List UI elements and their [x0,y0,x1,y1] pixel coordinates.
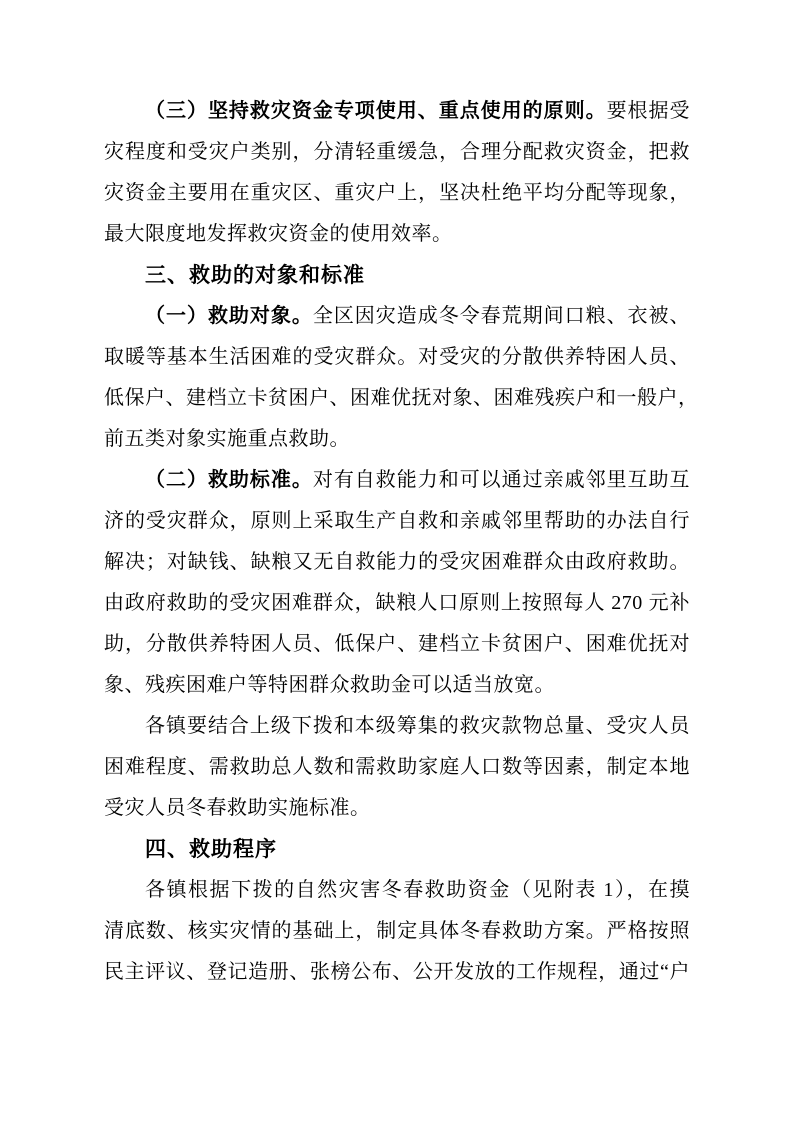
text-line: 取暖等基本生活困难的受灾群众。对受灾的分散供养特困人员、 [104,337,690,378]
paragraph-lead-bold: （二）救助标准。 [145,469,313,491]
text-line: （三）坚持救灾资金专项使用、重点使用的原则。要根据受 [104,91,690,132]
text-line: （一）救助对象。全区因灾造成冬令春荒期间口粮、衣被、 [104,296,690,337]
text-line: 最大限度地发挥救灾资金的使用效率。 [104,214,690,255]
paragraph-text: 受灾人员冬春救助实施标准。 [104,797,371,819]
paragraph-text: 各镇要结合上级下拨和本级筹集的救灾款物总量、受灾人员 [145,715,690,737]
paragraph-text: 前五类对象实施重点救助。 [104,428,350,450]
paragraph-text: 由政府救助的受灾困难群众，缺粮人口原则上按照每人 270 元补 [104,592,690,614]
paragraph-text: 清底数、核实灾情的基础上，制定具体冬春救助方案。严格按照 [104,920,690,942]
text-line: 受灾人员冬春救助实施标准。 [104,788,690,829]
paragraph-text: 要根据受 [607,100,690,122]
paragraph-text: 灾资金主要用在重灾区、重灾户上，坚决杜绝平均分配等现象， [104,182,690,204]
paragraph-text: 济的受灾群众，原则上采取生产自救和亲戚邻里帮助的办法自行 [104,510,690,532]
paragraph-text: 取暖等基本生活困难的受灾群众。对受灾的分散供养特困人员、 [104,346,690,368]
text-line: 助，分散供养特困人员、低保户、建档立卡贫困户、困难优抚对 [104,624,690,665]
paragraph-text: 灾程度和受灾户类别，分清轻重缓急，合理分配救灾资金，把救 [104,141,690,163]
text-line: 各镇要结合上级下拨和本级筹集的救灾款物总量、受灾人员 [104,706,690,747]
paragraph-text: 困难程度、需救助总人数和需救助家庭人口数等因素，制定本地 [104,756,690,778]
paragraph-text: 象、残疾困难户等特困群众救助金可以适当放宽。 [104,674,555,696]
text-line: 济的受灾群众，原则上采取生产自救和亲戚邻里帮助的办法自行 [104,501,690,542]
text-line: 象、残疾困难户等特困群众救助金可以适当放宽。 [104,665,690,706]
paragraph-text: 对有自救能力和可以通过亲戚邻里互助互 [313,469,690,491]
document-page: （三）坚持救灾资金专项使用、重点使用的原则。要根据受灾程度和受灾户类别，分清轻重… [104,91,690,993]
text-line: 低保户、建档立卡贫困户、困难优抚对象、困难残疾户和一般户， [104,378,690,419]
section-heading-3: 三、救助的对象和标准 [104,255,690,296]
paragraph-lead-bold: （一）救助对象。 [145,305,313,327]
text-line: 解决；对缺钱、缺粮又无自救能力的受灾困难群众由政府救助。 [104,542,690,583]
paragraph-text: 全区因灾造成冬令春荒期间口粮、衣被、 [313,305,690,327]
section-heading-4: 四、救助程序 [104,829,690,870]
text-line: 清底数、核实灾情的基础上，制定具体冬春救助方案。严格按照 [104,911,690,952]
text-line: 由政府救助的受灾困难群众，缺粮人口原则上按照每人 270 元补 [104,583,690,624]
paragraph-lead-bold: （三）坚持救灾资金专项使用、重点使用的原则。 [145,100,607,122]
text-line: 各镇根据下拨的自然灾害冬春救助资金（见附表 1），在摸 [104,870,690,911]
text-line: 灾资金主要用在重灾区、重灾户上，坚决杜绝平均分配等现象， [104,173,690,214]
paragraph-text: 最大限度地发挥救灾资金的使用效率。 [104,223,453,245]
paragraph-text: 低保户、建档立卡贫困户、困难优抚对象、困难残疾户和一般户， [104,387,699,409]
text-line: （二）救助标准。对有自救能力和可以通过亲戚邻里互助互 [104,460,690,501]
paragraph-text: 民主评议、登记造册、张榜公布、公开发放的工作规程，通过“户 [104,961,690,983]
text-line: 灾程度和受灾户类别，分清轻重缓急，合理分配救灾资金，把救 [104,132,690,173]
text-line: 民主评议、登记造册、张榜公布、公开发放的工作规程，通过“户 [104,952,690,993]
paragraph-text: 各镇根据下拨的自然灾害冬春救助资金（见附表 1），在摸 [145,879,690,901]
text-line: 困难程度、需救助总人数和需救助家庭人口数等因素，制定本地 [104,747,690,788]
text-line: 前五类对象实施重点救助。 [104,419,690,460]
paragraph-text: 助，分散供养特困人员、低保户、建档立卡贫困户、困难优抚对 [104,633,690,655]
paragraph-text: 解决；对缺钱、缺粮又无自救能力的受灾困难群众由政府救助。 [104,551,690,573]
